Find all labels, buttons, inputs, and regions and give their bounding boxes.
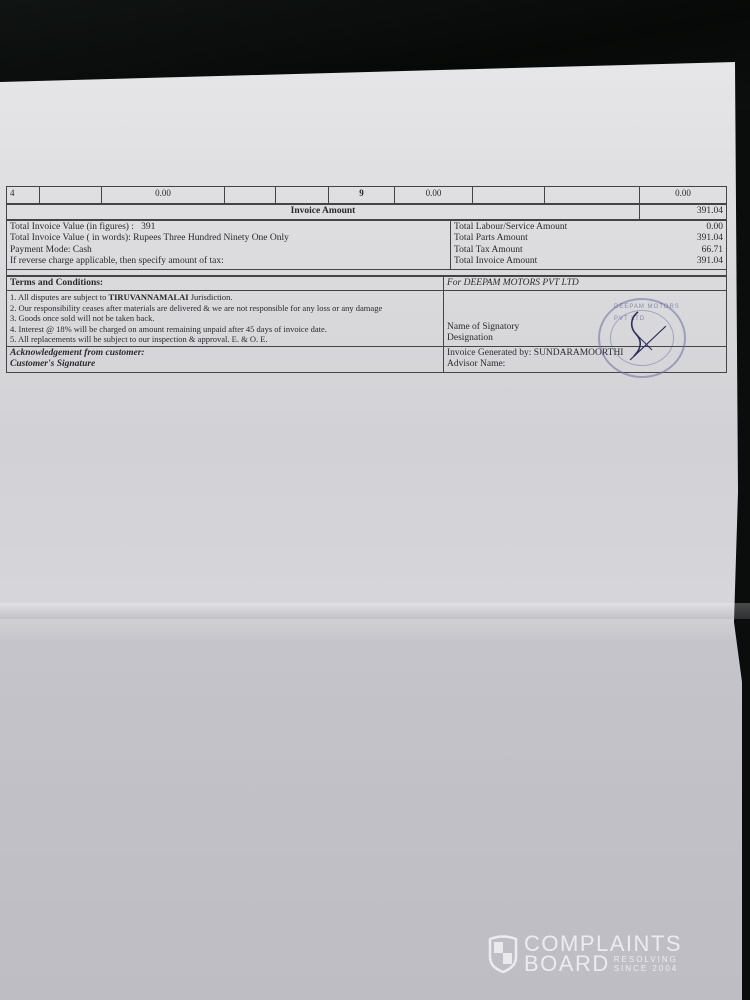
summary-row: Total Parts Amount391.04 (454, 233, 723, 245)
advisor-name-label: Advisor Name: (447, 359, 723, 371)
summary-row: Total Invoice Amount391.04 (454, 256, 723, 268)
paper-fold (0, 603, 750, 619)
invoice-amount-label: Invoice Amount (7, 205, 640, 220)
watermark-tag2: SINCE 2004 (614, 964, 678, 973)
figures-line: Total Invoice Value (in figures) : 391 (10, 222, 447, 234)
totals-table: Total Invoice Value (in figures) : 391 T… (6, 220, 727, 276)
summary-label: Total Parts Amount (454, 233, 528, 245)
summary-label: Total Tax Amount (454, 245, 523, 257)
figures-value: 391 (141, 222, 155, 232)
summary-value: 0.00 (706, 222, 723, 234)
summary-block: Total Labour/Service Amount0.00 Total Pa… (451, 220, 727, 269)
complaints-board-watermark: COMPLAINTS BOARD RESOLVING SINCE 2004 (488, 934, 682, 974)
shield-icon (488, 935, 518, 973)
terms-item: 5. All replacements will be subject to o… (10, 334, 440, 345)
cell: 0.00 (102, 187, 225, 204)
line-item-row-table: 4 0.00 9 0.00 0.00 (6, 186, 727, 204)
acknowledgement-block: Acknowledgement from customer: Customer'… (7, 346, 444, 372)
summary-value: 391.04 (697, 256, 723, 268)
summary-value: 391.04 (697, 233, 723, 245)
acknowledgement-label: Acknowledgement from customer: (10, 348, 440, 360)
cell: 9 (329, 187, 395, 204)
cell (225, 187, 276, 204)
invoice-amount-value: 391.04 (640, 205, 727, 220)
summary-row: Total Tax Amount66.71 (454, 245, 723, 257)
payment-mode: Payment Mode: Cash (10, 245, 447, 257)
company-line: For DEEPAM MOTORS PVT LTD (444, 276, 727, 291)
cell (40, 187, 102, 204)
reverse-charge: If reverse charge applicable, then speci… (10, 256, 447, 268)
invoice-value-block: Total Invoice Value (in figures) : 391 T… (7, 220, 451, 269)
cell: 0.00 (395, 187, 473, 204)
cell (545, 187, 640, 204)
customer-signature-label: Customer's Signature (10, 359, 440, 371)
terms-heading: Terms and Conditions: (7, 276, 444, 291)
terms-item: 1. All disputes are subject to TIRUVANNA… (10, 292, 440, 303)
words-line: Total Invoice Value ( in words): Rupees … (10, 233, 447, 245)
figures-label: Total Invoice Value (in figures) : (10, 222, 134, 232)
cell (276, 187, 329, 204)
signature-mark (608, 304, 678, 364)
cell: 0.00 (640, 187, 727, 204)
summary-label: Total Invoice Amount (454, 256, 537, 268)
terms-list: 1. All disputes are subject to TIRUVANNA… (7, 291, 444, 347)
summary-label: Total Labour/Service Amount (454, 222, 567, 234)
invoice-amount-table: Invoice Amount 391.04 (6, 204, 727, 220)
terms-item: 3. Goods once sold will not be taken bac… (10, 313, 440, 324)
line-item-row: 4 0.00 9 0.00 0.00 (7, 187, 727, 204)
generated-by-block: Invoice Generated by: SUNDARAMOORTHI Adv… (444, 346, 727, 372)
summary-row: Total Labour/Service Amount0.00 (454, 222, 723, 234)
cell (473, 187, 545, 204)
cell: 4 (7, 187, 40, 204)
watermark-tag1: RESOLVING (614, 955, 678, 964)
invoice-document: 4 0.00 9 0.00 0.00 Invoice Amount 391.04… (6, 186, 726, 373)
summary-value: 66.71 (702, 245, 723, 257)
terms-item: 2. Our responsibility ceases after mater… (10, 303, 440, 314)
spacer-row (7, 269, 727, 275)
terms-item: 4. Interest @ 18% will be charged on amo… (10, 324, 440, 335)
watermark-line2: BOARD (524, 954, 610, 974)
